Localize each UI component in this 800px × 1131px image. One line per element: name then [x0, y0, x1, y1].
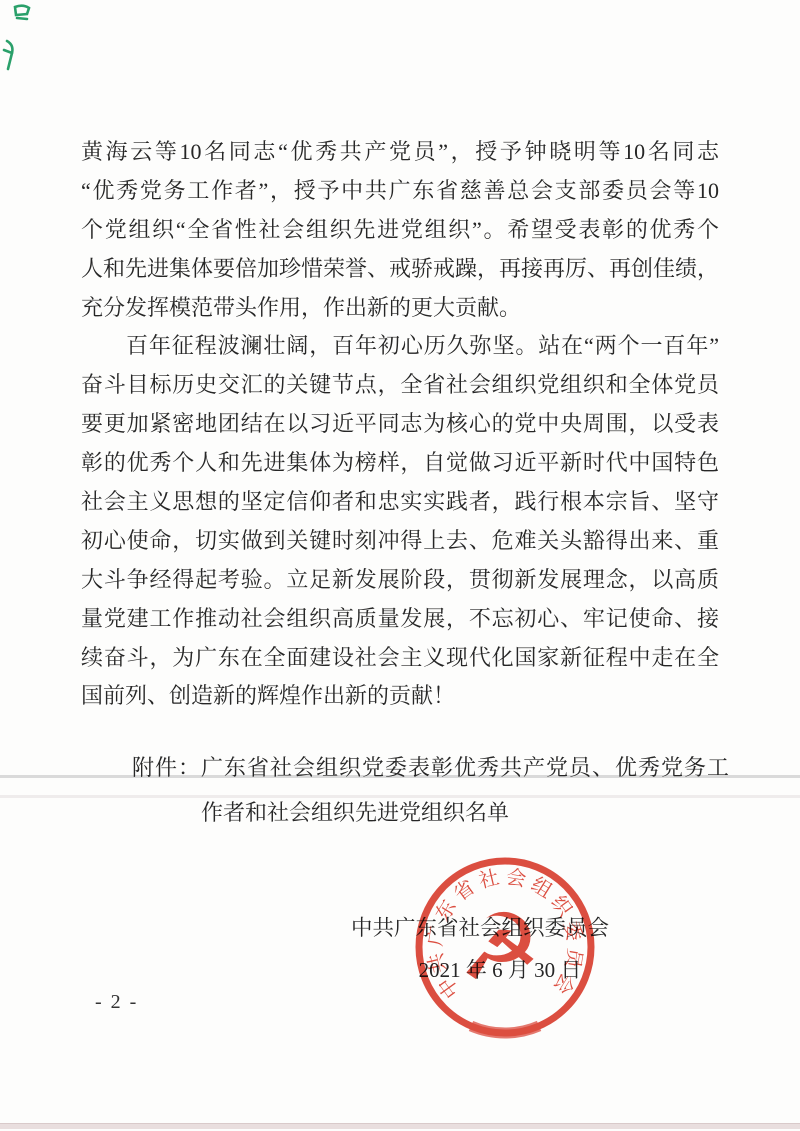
attachment-note-line1: 附件：广东省社会组织党委表彰优秀共产党员、优秀党务工 [132, 752, 729, 784]
body-line: 百年征程波澜壮阔，百年初心历久弥坚。站在“两个一百年” [81, 327, 719, 366]
page-number: - 2 - [95, 991, 138, 1014]
body-line: 初心使命，切实做到关键时刻冲得上去、危难关头豁得出来、重 [81, 522, 719, 561]
official-seal: 中共广东省社会组织委员会 ☭ [395, 837, 615, 1057]
body-line: 人和先进集体要倍加珍惜荣誉、戒骄戒躁，再接再厉、再创佳绩， [81, 250, 719, 289]
body-text: 黄海云等10名同志“优秀共产党员”，授予钟晓明等10名同志 “优秀党务工作者”，… [81, 133, 719, 716]
hammer-sickle-emblem-icon: ☭ [459, 897, 541, 999]
body-line: 个党组织“全省性社会组织先进党组织”。希望受表彰的优秀个 [81, 211, 719, 250]
green-mark-left [7, 41, 12, 69]
scan-artifact-green-marks [0, 0, 44, 74]
body-line: 续奋斗，为广东在全面建设社会主义现代化国家新征程中走在全 [81, 639, 719, 678]
attachment-note-line2: 作者和社会组织先进党组织名单 [201, 797, 509, 829]
green-mark-top-stroke [17, 18, 27, 19]
document-page: 黄海云等10名同志“优秀共产党员”，授予钟晓明等10名同志 “优秀党务工作者”，… [0, 0, 800, 1131]
body-line: 大斗争经得起考验。立足新发展阶段，贯彻新发展理念，以高质 [81, 561, 719, 600]
body-line: 社会主义思想的坚定信仰者和忠实实践者，践行根本宗旨、坚守 [81, 483, 719, 522]
green-mark-left-stroke [4, 50, 12, 53]
body-line: 充分发挥模范带头作用，作出新的更大贡献。 [81, 289, 719, 328]
body-line: 奋斗目标历史交汇的关键节点，全省社会组织党组织和全体党员 [81, 366, 719, 405]
body-line: 黄海云等10名同志“优秀共产党员”，授予钟晓明等10名同志 [81, 133, 719, 172]
scan-page-bottom-edge [0, 1123, 800, 1129]
body-line: 国前列、创造新的辉煌作出新的贡献！ [81, 677, 719, 716]
body-line: “优秀党务工作者”，授予中共广东省慈善总会支部委员会等10 [81, 172, 719, 211]
green-mark-top [15, 6, 29, 15]
body-line: 量党建工作推动社会组织高质量发展，不忘初心、牢记使命、接 [81, 600, 719, 639]
body-line: 要更加紧密地团结在以习近平同志为核心的党中央周围，以受表 [81, 405, 719, 444]
body-line: 彰的优秀个人和先进集体为榜样，自觉做习近平新时代中国特色 [81, 444, 719, 483]
